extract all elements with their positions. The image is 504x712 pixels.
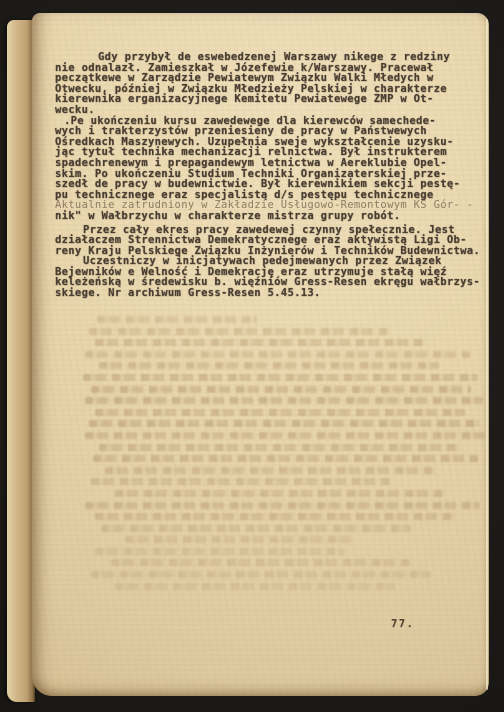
ghost-line	[99, 362, 439, 369]
ghost-line	[85, 397, 483, 404]
ghost-line	[99, 444, 459, 451]
ghost-line	[95, 339, 425, 346]
ghost-line	[89, 420, 479, 427]
ghost-line	[85, 351, 470, 358]
ghost-line	[93, 455, 478, 462]
ghost-line	[95, 409, 465, 416]
paragraph: .Pe ukończeniu kursu zawedewege dla kier…	[55, 116, 475, 222]
page-number: 77.	[391, 618, 414, 630]
ghost-line	[105, 467, 435, 474]
text-line: spadechrenewym i prepagandewym letnictwa…	[55, 158, 475, 169]
ghost-line	[91, 571, 431, 578]
ghost-line	[85, 432, 485, 439]
ghost-line	[101, 525, 411, 532]
ghost-line	[83, 374, 478, 381]
ghost-line	[111, 559, 411, 566]
ghost-line	[115, 490, 445, 497]
ghost-line	[125, 536, 355, 543]
text-line: wecku.	[55, 105, 475, 116]
ghost-text-block	[55, 316, 467, 594]
ghost-line	[95, 548, 345, 555]
paragraph: Gdy przybył de eswebedzenej Warszawy nik…	[55, 52, 475, 116]
underlying-page-edge	[7, 20, 35, 702]
text-line: skiege. Nr archiwum Gress-Resen 5.45.13.	[55, 288, 475, 299]
paragraph: Przez cały ekres pracy zawedewej czynny …	[55, 225, 475, 257]
text-block: Gdy przybył de eswebedzenej Warszawy nik…	[55, 52, 475, 299]
ghost-line	[95, 513, 455, 520]
ghost-line	[89, 328, 389, 335]
ghost-line	[85, 502, 480, 509]
ghost-line	[91, 478, 391, 485]
text-line: nik" w Wałbrzychu w charakterze mistrza …	[55, 211, 475, 222]
book-page: Gdy przybył de eswebedzenej Warszawy nik…	[32, 13, 489, 696]
paragraph: Uczestniczy w inicjatywach pedejmewanych…	[55, 256, 475, 298]
ghost-line	[115, 583, 395, 590]
ghost-line	[97, 316, 257, 323]
ghost-line	[91, 386, 471, 393]
text-line: kierewnika erganizacyjnege Kemitetu Pewi…	[55, 94, 475, 105]
text-line: Gdy przybył de eswebedzenej Warszawy nik…	[55, 52, 475, 63]
